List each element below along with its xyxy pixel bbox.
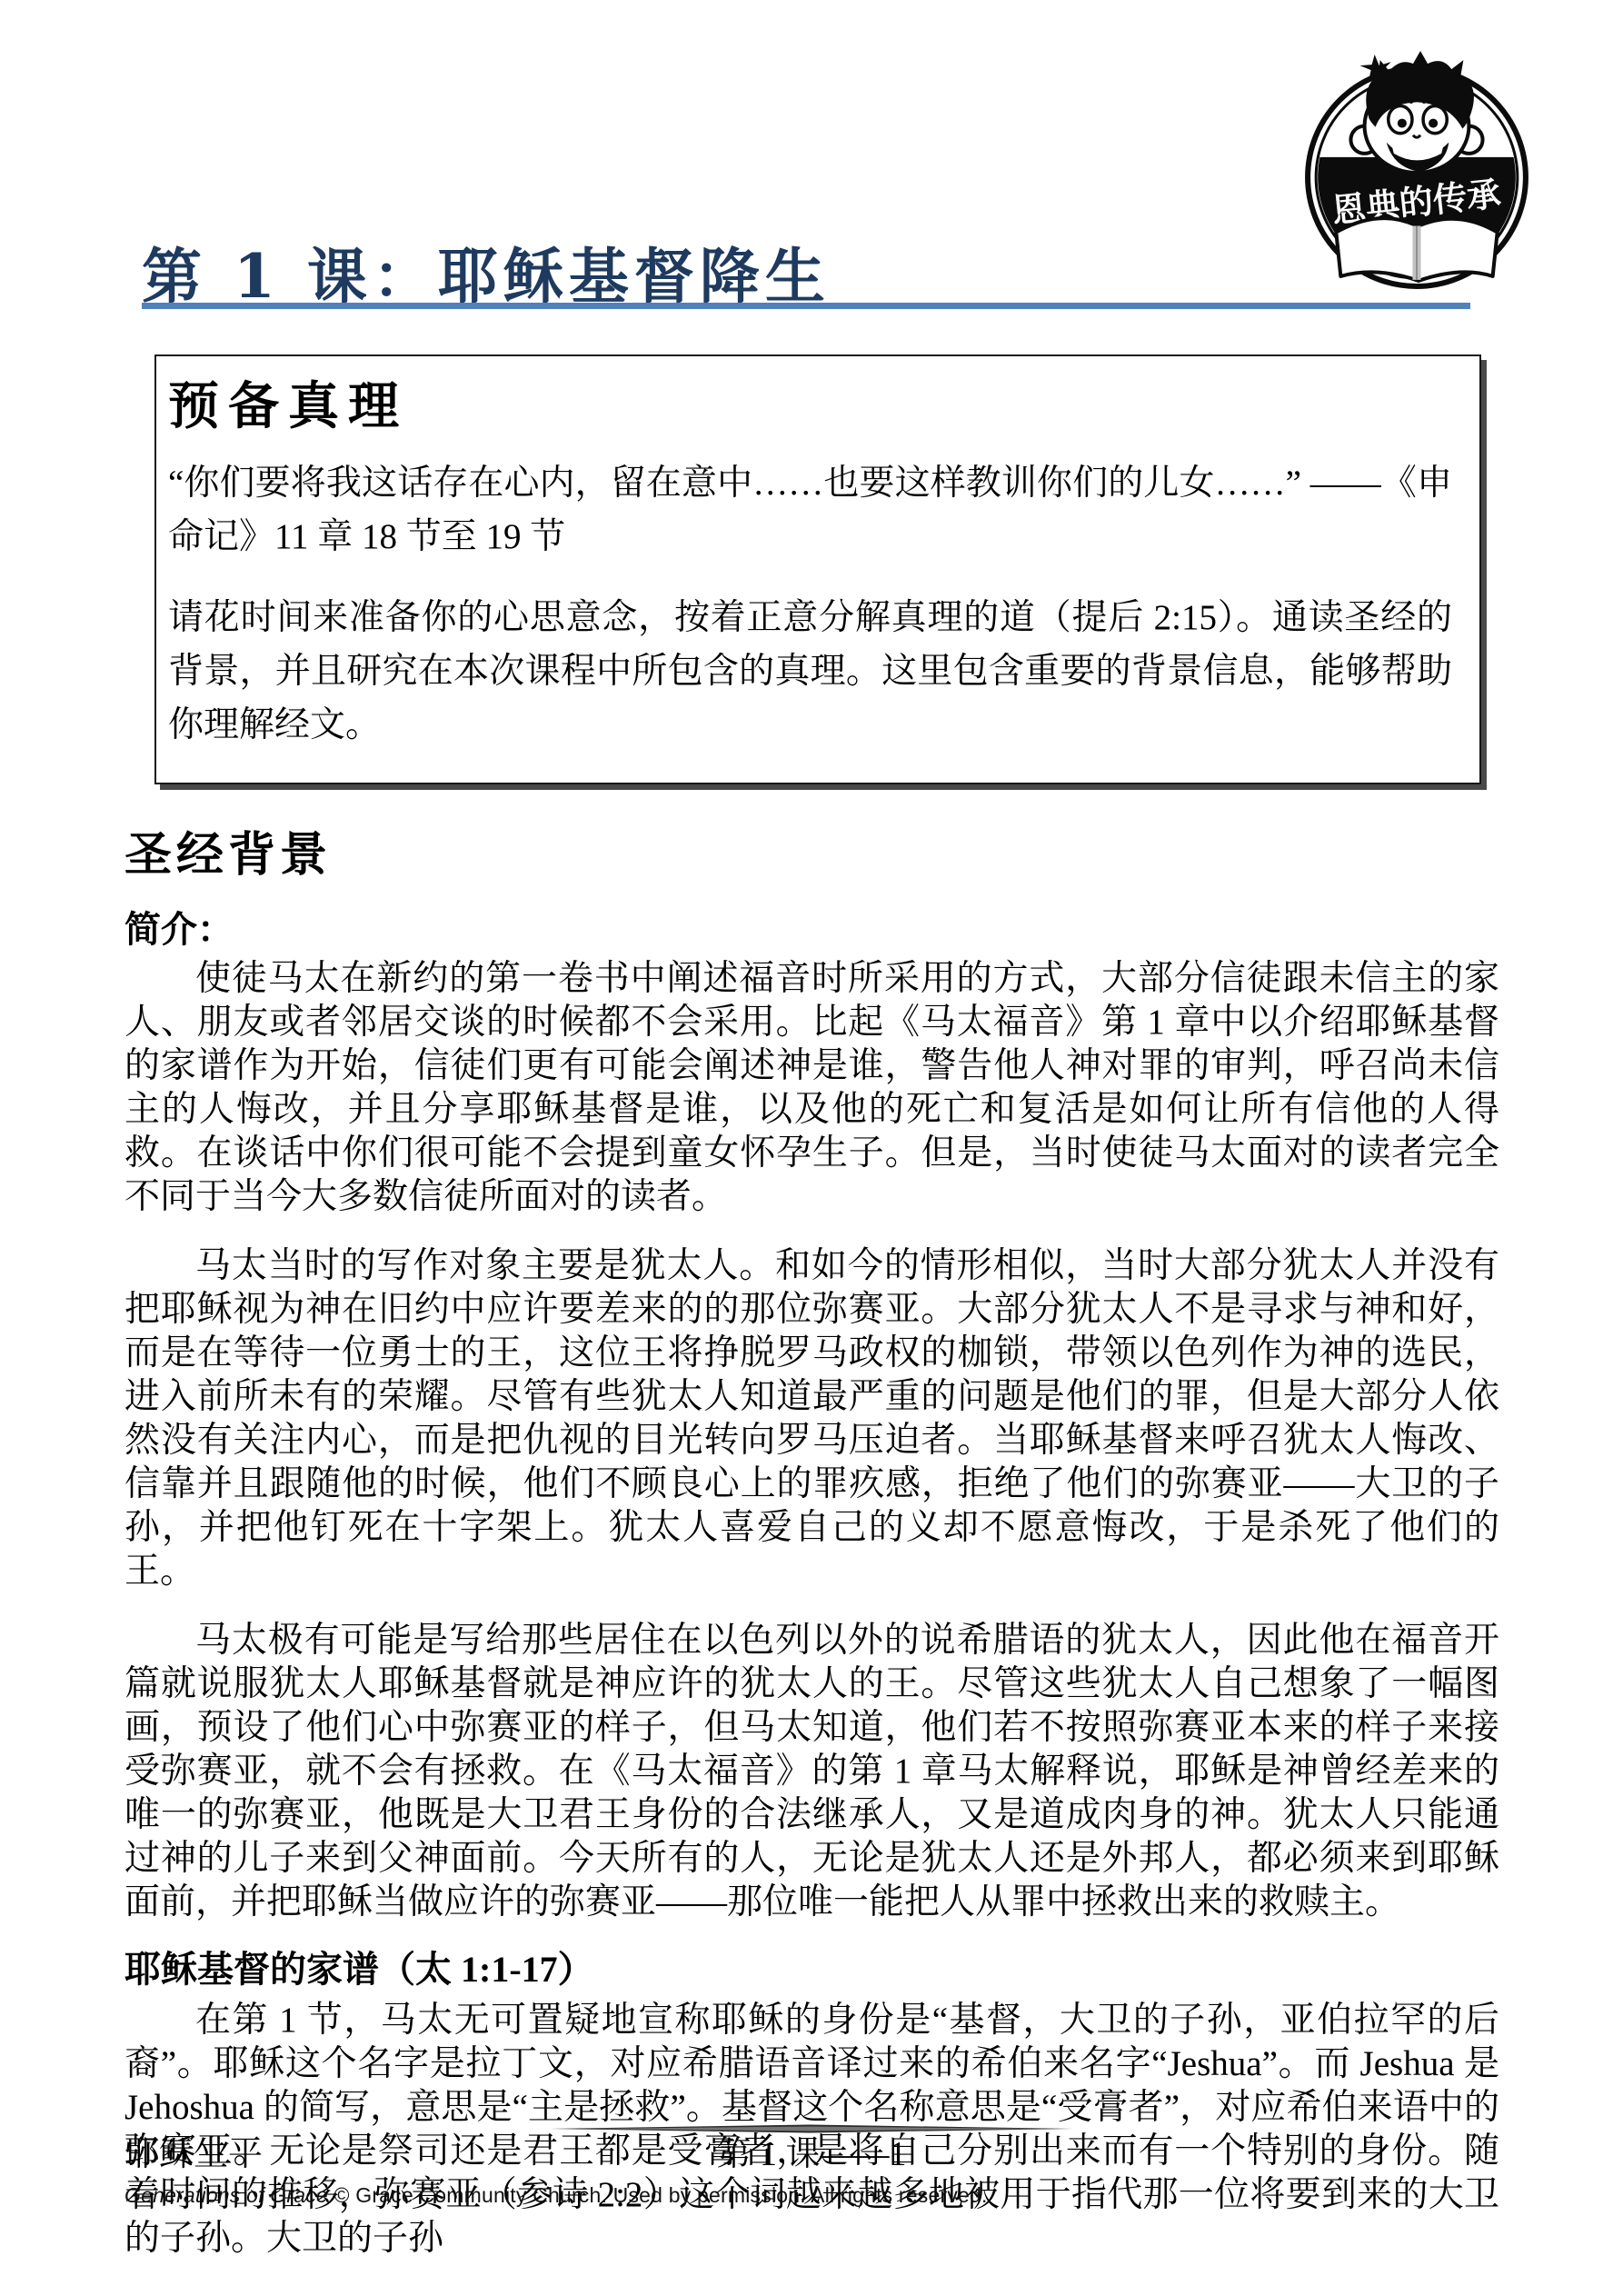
document-page: 第 1 课：耶稣基督降生 [0,0,1623,2296]
background-paragraph: 马太当时的写作对象主要是犹太人。和如今的情形相似，当时大部分犹太人并没有把耶稣视… [124,1244,1499,1593]
prepare-truth-instructions: 请花时间来准备你的心思意念，按着正意分解真理的道（提后 2:15）。通读圣经的背… [168,591,1452,752]
genealogy-subheading: 耶稣基督的家谱（太 1:1-17） [124,1948,1499,1992]
copyright-series-name: Generations of Grace [124,2183,328,2207]
scripture-quote: “你们要将我这话存在心内，留在意中……也要这样教训你们的儿女……” ——《申命记… [168,456,1452,564]
generations-of-grace-logo: 恩典的传承 [1298,51,1536,289]
logo-badge-icon: 恩典的传承 [1298,51,1536,289]
bible-background-heading: 圣经背景 [124,828,1499,884]
copyright-line: Generations of Grace © Grace Community C… [124,2183,988,2208]
intro-label: 简介： [124,908,1499,952]
logo-open-book-icon [1336,218,1497,281]
prepare-truth-heading: 预备真理 [168,374,1452,438]
copyright-text: © Grace Community Church. Used by permis… [328,2183,988,2207]
page-title: 第 1 课：耶稣基督降生 [142,244,831,310]
title-underline-rule [142,303,1470,309]
footer-divider [551,2124,1073,2133]
document-body: 预备真理 “你们要将我这话存在心内，留在意中……也要这样教训你们的儿女……” —… [124,354,1499,2261]
background-paragraph: 马太极有可能是写给那些居住在以色列以外的说希腊语的犹太人，因此他在福音开篇就说服… [124,1619,1499,1924]
background-paragraph: 使徒马太在新约的第一卷书中阐述福音时所采用的方式，大部分信徒跟未信主的家人、朋友… [124,957,1499,1219]
footer-page-number: 第 1 课——1 [0,2134,1623,2176]
prepare-truth-box: 预备真理 “你们要将我这话存在心内，留在意中……也要这样教训你们的儿女……” —… [154,354,1481,784]
